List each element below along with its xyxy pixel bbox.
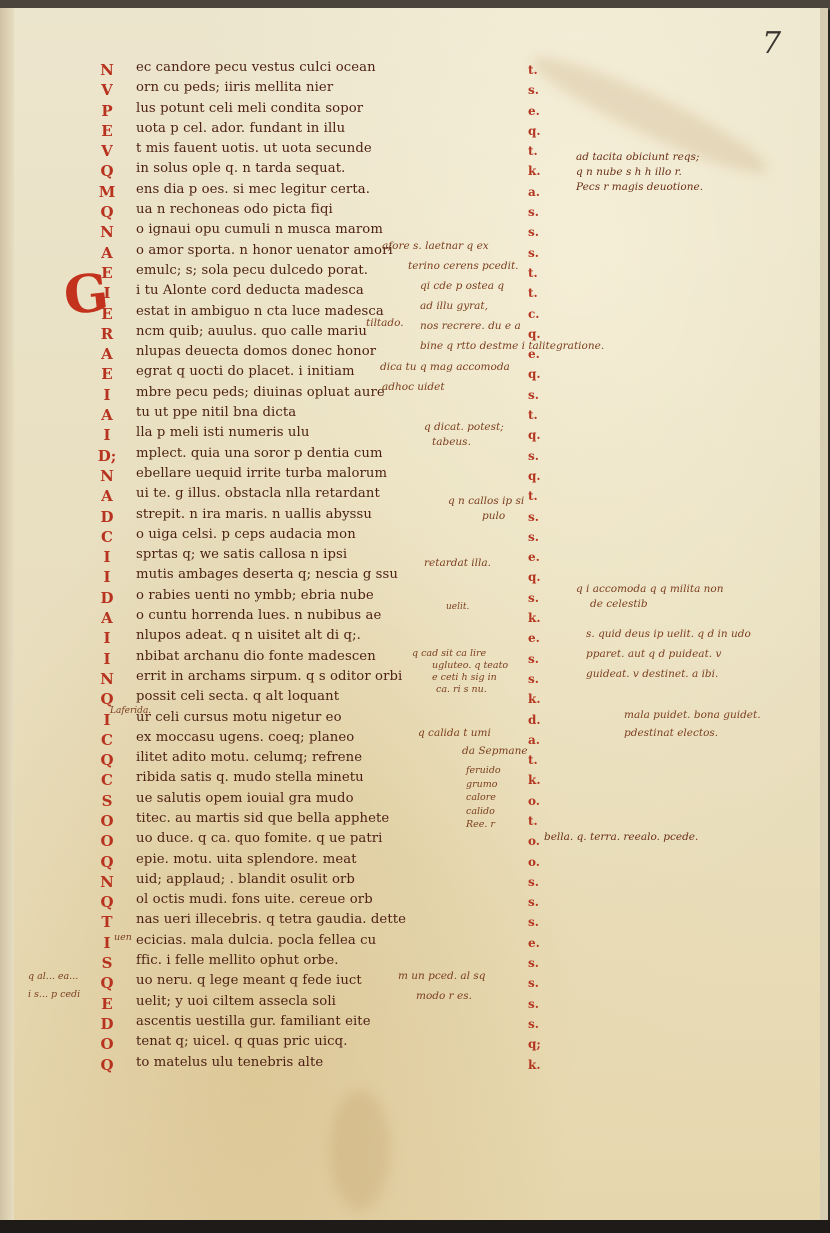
folio-number: 7 bbox=[762, 26, 781, 61]
initial-letter: I bbox=[92, 385, 122, 405]
gloss-line: ca. ri s nu. bbox=[412, 684, 508, 696]
text-line: nlupos adeat. q n uisitet alt di q;. bbox=[136, 626, 536, 646]
right-mark: s. bbox=[528, 892, 552, 912]
gloss-callo: q n callos ip si pulo bbox=[448, 494, 524, 524]
right-mark: s. bbox=[528, 953, 552, 973]
right-mark: s. bbox=[528, 243, 552, 263]
right-mark: o. bbox=[528, 852, 552, 872]
text-line: to matelus ulu tenebris alte bbox=[136, 1053, 536, 1073]
initial-letter: O bbox=[92, 1034, 122, 1054]
gloss-line: afore s. laetnar q ex bbox=[382, 236, 519, 256]
initial-letter: A bbox=[92, 486, 122, 506]
right-mark: s. bbox=[528, 385, 552, 405]
initial-letter: Q bbox=[92, 892, 122, 912]
gloss-line: grumo bbox=[466, 778, 501, 792]
gloss-retardat: retardat illa. bbox=[424, 556, 491, 571]
right-mark: t. bbox=[528, 811, 552, 831]
right-mark: k. bbox=[528, 608, 552, 628]
initial-letter: Q bbox=[92, 202, 122, 222]
text-line: ol octis mudi. fons uite. cereue orb bbox=[136, 890, 536, 910]
initial-letter: Q bbox=[92, 1055, 122, 1075]
right-mark: k. bbox=[528, 161, 552, 181]
initial-letter: S bbox=[92, 791, 122, 811]
right-mark: s. bbox=[528, 527, 552, 547]
initial-letter: M bbox=[92, 182, 122, 202]
gloss-line: ad tacita obiciunt reqs; bbox=[576, 150, 703, 165]
water-stain bbox=[330, 1090, 390, 1210]
right-mark: e. bbox=[528, 101, 552, 121]
right-mark: t. bbox=[528, 60, 552, 80]
initial-letter: O bbox=[92, 811, 122, 831]
gloss-line: calido bbox=[466, 805, 501, 819]
gloss-right-block-3: mala puidet. bona guidet. pdestinat elec… bbox=[624, 706, 761, 742]
right-mark: s. bbox=[528, 872, 552, 892]
gloss-line: q calida t umi bbox=[418, 724, 528, 742]
text-line: ecicias. mala dulcia. pocla fellea cu bbox=[136, 931, 536, 951]
initial-letter: N bbox=[92, 669, 122, 689]
initial-letter: Q bbox=[92, 852, 122, 872]
gloss-left-top: Laferida. bbox=[110, 704, 151, 719]
gloss-line: m un pced. al sq bbox=[398, 966, 485, 986]
gloss-line: mala puidet. bona guidet. bbox=[624, 706, 761, 724]
initial-letter: O bbox=[92, 831, 122, 851]
gloss-inline-2: qi cde p ostea q ad illu gyrat, nos recr… bbox=[420, 276, 604, 356]
right-mark: a. bbox=[528, 182, 552, 202]
initial-letter: D bbox=[92, 507, 122, 527]
initial-letter: I bbox=[92, 649, 122, 669]
right-mark: t. bbox=[528, 486, 552, 506]
gloss-bella: bella. q. terra. reealo. pcede. bbox=[544, 830, 698, 845]
gloss-line: bine q rtto destme i talitegratione. bbox=[420, 336, 604, 356]
gloss-line: q cad sit ca lire bbox=[412, 648, 508, 660]
right-mark: s. bbox=[528, 80, 552, 100]
right-mark: o. bbox=[528, 791, 552, 811]
right-mark: t. bbox=[528, 405, 552, 425]
gloss-line: pdestinat electos. bbox=[624, 724, 761, 742]
gloss-line: da Sepmane bbox=[418, 742, 528, 760]
gloss-right-block-2: s. quid deus ip uelit. q d in udo pparet… bbox=[586, 624, 751, 684]
initial-letter: I bbox=[92, 567, 122, 587]
right-mark: k. bbox=[528, 689, 552, 709]
gloss-line: e ceti h sig in bbox=[412, 672, 508, 684]
right-mark: s. bbox=[528, 912, 552, 932]
right-mark: s. bbox=[528, 1014, 552, 1034]
initial-letter: V bbox=[92, 80, 122, 100]
right-mark: e. bbox=[528, 628, 552, 648]
initial-letter: D bbox=[92, 588, 122, 608]
right-mark: a. bbox=[528, 730, 552, 750]
gloss-line: q n nube s h h illo r. bbox=[576, 165, 703, 180]
initial-letter: E bbox=[92, 364, 122, 384]
right-mark: e. bbox=[528, 547, 552, 567]
text-line: uota p cel. ador. fundant in illu bbox=[136, 119, 536, 139]
gloss-line: q al... ea... bbox=[28, 968, 80, 986]
initial-letter: E bbox=[92, 263, 122, 283]
text-line: ens dia p oes. si mec legitur certa. bbox=[136, 180, 536, 200]
right-mark: k. bbox=[528, 1055, 552, 1075]
right-mark: s. bbox=[528, 973, 552, 993]
initial-letter: Q bbox=[92, 750, 122, 770]
gloss-left-small: uen bbox=[114, 930, 132, 945]
gloss-calida: q calida t umi da Sepmane bbox=[418, 724, 528, 760]
text-line: nas ueri illecebris. q tetra gaudia. det… bbox=[136, 910, 536, 930]
text-line: uid; applaud; . blandit osulit orb bbox=[136, 870, 536, 890]
gloss-bottom-mid: m un pced. al sq modo r es. bbox=[398, 966, 485, 1006]
gloss-feruid: feruido grumo calore calido Ree. r bbox=[466, 764, 501, 832]
right-marks-column: t.s.e.q.t.k.a.s.s.s.t.t.c.q.e.q.s.t.q.s.… bbox=[528, 60, 552, 1075]
text-line: ua n rechoneas odo picta fiqi bbox=[136, 200, 536, 220]
text-line: o cuntu horrenda lues. n nubibus ae bbox=[136, 606, 536, 626]
initial-letter: E bbox=[92, 121, 122, 141]
text-line: orn cu peds; iiris mellita nier bbox=[136, 78, 536, 98]
gloss-line: Ree. r bbox=[466, 818, 501, 832]
right-mark: d. bbox=[528, 710, 552, 730]
initial-letter: A bbox=[92, 608, 122, 628]
text-line: ebellare uequid irrite turba malorum bbox=[136, 464, 536, 484]
gloss-line: qi cde p ostea q bbox=[420, 276, 604, 296]
gloss-line: modo r es. bbox=[398, 986, 485, 1006]
initial-letter: N bbox=[92, 60, 122, 80]
right-mark: q. bbox=[528, 121, 552, 141]
initial-letter: A bbox=[92, 405, 122, 425]
gloss-line: tabeus. bbox=[424, 435, 504, 450]
right-mark: t. bbox=[528, 750, 552, 770]
gloss-bottom-left: q al... ea... i s... p cedi bbox=[28, 968, 80, 1004]
gloss-adhoc: adhoc uidet bbox=[382, 380, 445, 395]
initials-column: NVPEVQMQNAEIERAEIAID;NADCIIDAIINQICQCSOO… bbox=[92, 60, 122, 1075]
gloss-line: pparet. aut q d puideat. v bbox=[586, 644, 751, 664]
gloss-line: Pecs r magis deuotione. bbox=[576, 180, 703, 195]
right-mark: t. bbox=[528, 141, 552, 161]
text-line: uo duce. q ca. quo fomite. q ue patri bbox=[136, 829, 536, 849]
gloss-right-block-1: q i accomoda q q milita non de celestib bbox=[576, 582, 724, 612]
gloss-line: ugluteo. q teato bbox=[412, 660, 508, 672]
text-line: in solus ople q. n tarda sequat. bbox=[136, 159, 536, 179]
text-line: lus potunt celi meli condita sopor bbox=[136, 99, 536, 119]
right-mark: q. bbox=[528, 466, 552, 486]
gloss-inline-1: afore s. laetnar q ex terino cerens pced… bbox=[382, 236, 519, 276]
right-mark: s. bbox=[528, 507, 552, 527]
initial-letter: E bbox=[92, 304, 122, 324]
initial-letter: D; bbox=[92, 446, 122, 466]
initial-letter: Q bbox=[92, 161, 122, 181]
gloss-line: terino cerens pcedit. bbox=[382, 256, 519, 276]
gloss-line: q i accomoda q q milita non bbox=[576, 582, 724, 597]
right-mark: s. bbox=[528, 222, 552, 242]
gloss-line: pulo bbox=[448, 509, 524, 524]
gloss-qdicat: q dicat. potest; tabeus. bbox=[424, 420, 504, 450]
text-line: epie. motu. uita splendore. meat bbox=[136, 850, 536, 870]
gloss-line: de celestib bbox=[576, 597, 724, 612]
gloss-line: guideat. v destinet. a ibi. bbox=[586, 664, 751, 684]
facing-page-edge bbox=[0, 8, 15, 1220]
gloss-line: feruido bbox=[466, 764, 501, 778]
right-mark: q; bbox=[528, 1034, 552, 1054]
right-mark: q. bbox=[528, 364, 552, 384]
text-line: ascentis uestilla gur. familiant eite bbox=[136, 1012, 536, 1032]
initial-letter: R bbox=[92, 324, 122, 344]
gloss-quadsicas: q cad sit ca lire ugluteo. q teato e cet… bbox=[412, 648, 508, 696]
right-mark: s. bbox=[528, 588, 552, 608]
gloss-uelit: uelit. bbox=[446, 600, 469, 615]
text-line: mbre pecu peds; diuinas opluat aure bbox=[136, 383, 536, 403]
gloss-line: s. quid deus ip uelit. q d in udo bbox=[586, 624, 751, 644]
right-mark: s. bbox=[528, 202, 552, 222]
book-edge-bottom bbox=[0, 1220, 830, 1233]
initial-letter: A bbox=[92, 344, 122, 364]
initial-letter: C bbox=[92, 527, 122, 547]
right-mark: s. bbox=[528, 446, 552, 466]
gloss-line: q n callos ip si bbox=[448, 494, 524, 509]
initial-letter: P bbox=[92, 101, 122, 121]
gloss-line: calore bbox=[466, 791, 501, 805]
gloss-line: ad illu gyrat, bbox=[420, 296, 604, 316]
gloss-tiltado: tiltado. bbox=[366, 316, 404, 331]
initial-letter: Q bbox=[92, 973, 122, 993]
right-mark: k. bbox=[528, 770, 552, 790]
initial-letter: N bbox=[92, 466, 122, 486]
initial-letter: I bbox=[92, 283, 122, 303]
initial-letter: E bbox=[92, 994, 122, 1014]
gloss-line: q dicat. potest; bbox=[424, 420, 504, 435]
right-mark: e. bbox=[528, 933, 552, 953]
initial-letter: I bbox=[92, 628, 122, 648]
right-mark: s. bbox=[528, 669, 552, 689]
gloss-top-right: ad tacita obiciunt reqs; q n nube s h h … bbox=[576, 150, 703, 195]
right-mark: q. bbox=[528, 567, 552, 587]
right-mark: s. bbox=[528, 649, 552, 669]
initial-letter: N bbox=[92, 222, 122, 242]
text-line: ec candore pecu vestus culci ocean bbox=[136, 58, 536, 78]
gloss-line: i s... p cedi bbox=[28, 986, 80, 1004]
initial-letter: A bbox=[92, 243, 122, 263]
initial-letter: I bbox=[92, 547, 122, 567]
text-line: o rabies uenti no ymbb; ebria nube bbox=[136, 586, 536, 606]
gloss-dicta: dica tu q mag accomoda bbox=[380, 360, 510, 375]
gloss-line: nos recrere. du e a bbox=[420, 316, 604, 336]
initial-letter: S bbox=[92, 953, 122, 973]
text-line: tenat q; uicel. q quas pric uicq. bbox=[136, 1032, 536, 1052]
initial-letter: D bbox=[92, 1014, 122, 1034]
initial-letter: C bbox=[92, 770, 122, 790]
text-line: o uiga celsi. p ceps audacia mon bbox=[136, 525, 536, 545]
initial-letter: C bbox=[92, 730, 122, 750]
initial-letter: I bbox=[92, 425, 122, 445]
text-line: t mis fauent uotis. ut uota secunde bbox=[136, 139, 536, 159]
initial-letter: N bbox=[92, 872, 122, 892]
right-mark: s. bbox=[528, 994, 552, 1014]
initial-letter: V bbox=[92, 141, 122, 161]
right-mark: q. bbox=[528, 425, 552, 445]
